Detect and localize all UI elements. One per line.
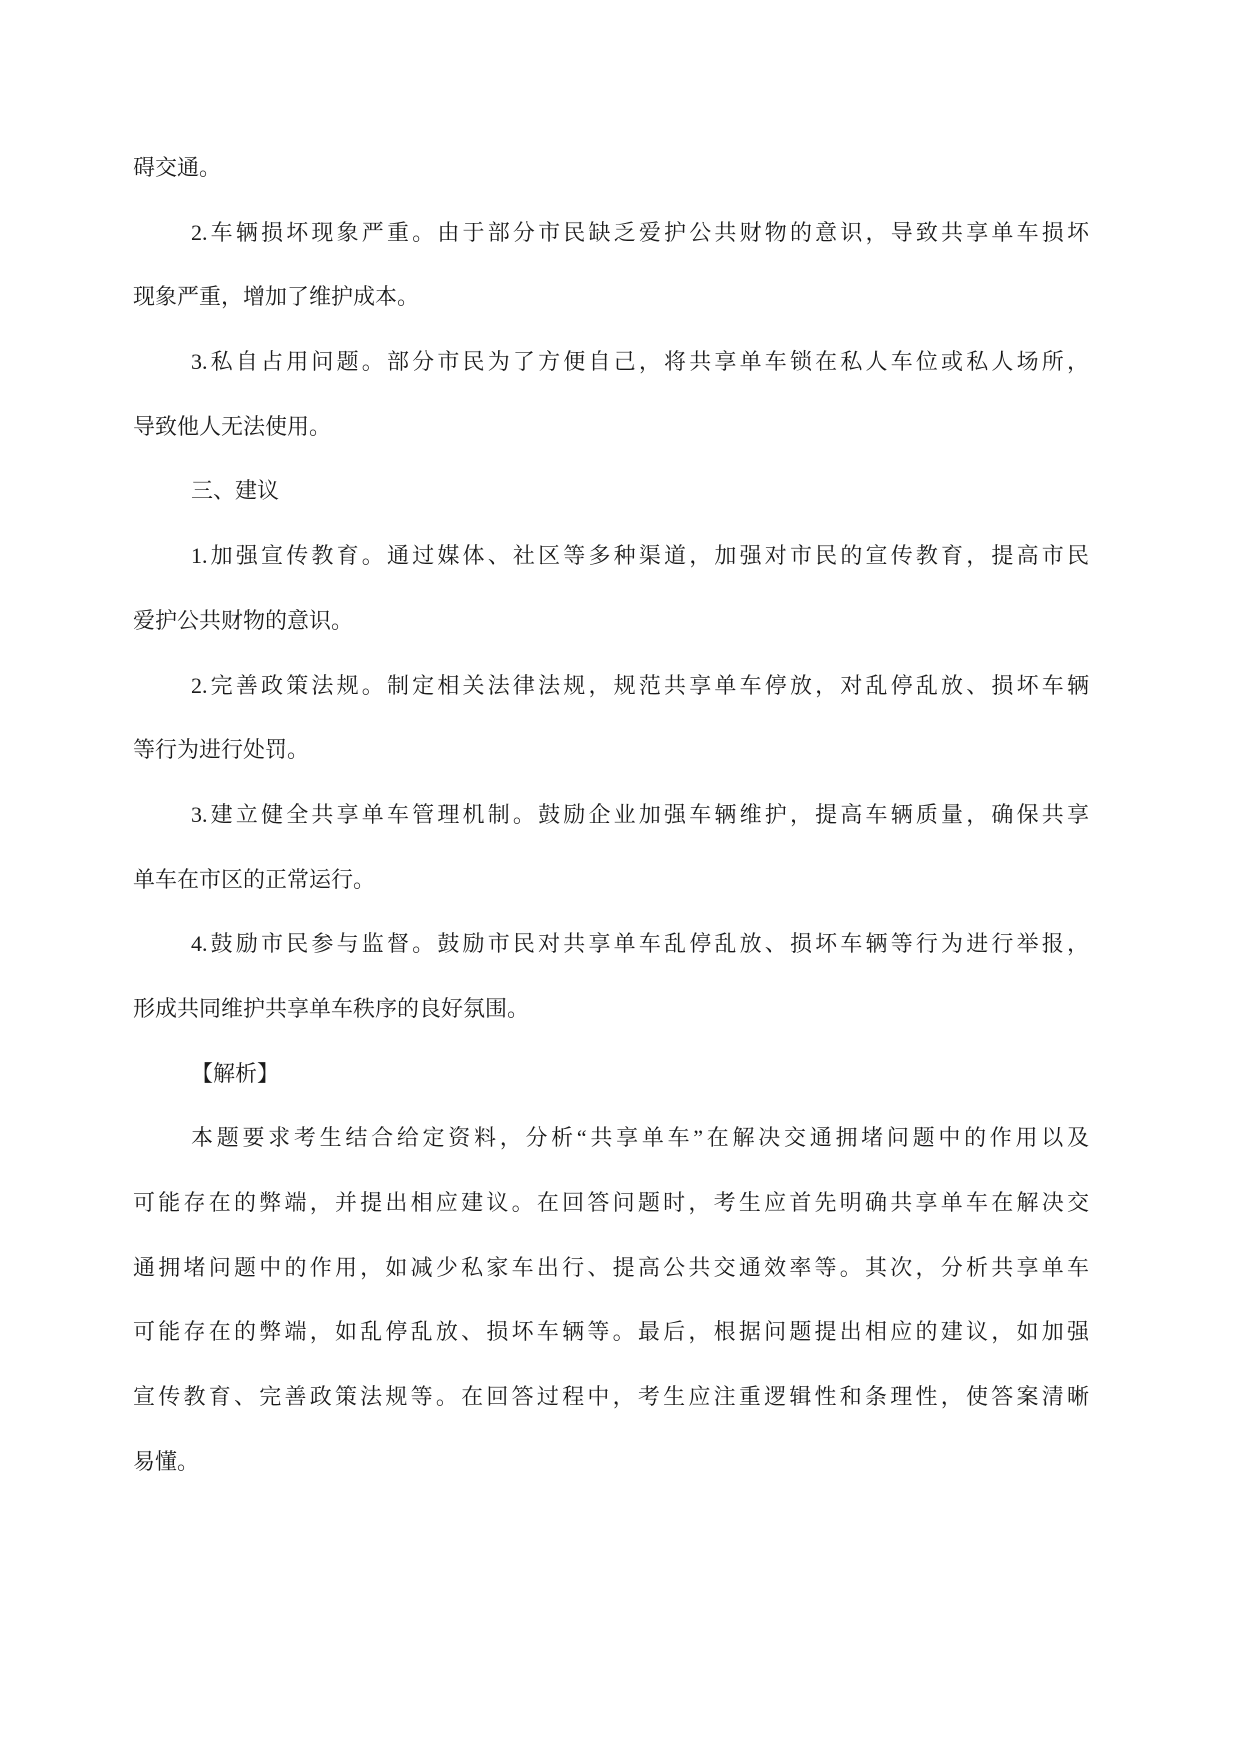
text-line: 4.鼓励市民参与监督。鼓励市民对共享单车乱停乱放、损坏车辆等行为进行举报， (133, 912, 1089, 977)
text-line: 导致他人无法使用。 (133, 395, 1089, 460)
text-line: 碍交通。 (133, 136, 1089, 201)
text-line: 易懂。 (133, 1430, 1089, 1495)
text-line: 本题要求考生结合给定资料，分析“共享单车”在解决交通拥堵问题中的作用以及 (133, 1106, 1089, 1171)
text-block: 碍交通。 2.车辆损坏现象严重。由于部分市民缺乏爱护公共财物的意识，导致共享单车… (133, 136, 1089, 1494)
heading-analysis: 【解析】 (133, 1042, 1089, 1107)
text-line: 宣传教育、完善政策法规等。在回答过程中，考生应注重逻辑性和条理性，使答案清晰 (133, 1365, 1089, 1430)
text-line: 爱护公共财物的意识。 (133, 589, 1089, 654)
text-line: 1.加强宣传教育。通过媒体、社区等多种渠道，加强对市民的宣传教育，提高市民 (133, 524, 1089, 589)
text-line: 可能存在的弊端，并提出相应建议。在回答问题时，考生应首先明确共享单车在解决交 (133, 1171, 1089, 1236)
text-line: 3.私自占用问题。部分市民为了方便自己，将共享单车锁在私人车位或私人场所， (133, 330, 1089, 395)
text-line: 单车在市区的正常运行。 (133, 848, 1089, 913)
heading-suggestions: 三、建议 (133, 459, 1089, 524)
text-line: 形成共同维护共享单车秩序的良好氛围。 (133, 977, 1089, 1042)
text-line: 通拥堵问题中的作用，如减少私家车出行、提高公共交通效率等。其次，分析共享单车 (133, 1236, 1089, 1301)
text-line: 等行为进行处罚。 (133, 718, 1089, 783)
text-line: 3.建立健全共享单车管理机制。鼓励企业加强车辆维护，提高车辆质量，确保共享 (133, 783, 1089, 848)
text-line: 2.车辆损坏现象严重。由于部分市民缺乏爱护公共财物的意识，导致共享单车损坏 (133, 201, 1089, 266)
document-page: 碍交通。 2.车辆损坏现象严重。由于部分市民缺乏爱护公共财物的意识，导致共享单车… (0, 0, 1241, 1754)
text-line: 2.完善政策法规。制定相关法律法规，规范共享单车停放，对乱停乱放、损坏车辆 (133, 654, 1089, 719)
text-line: 现象严重，增加了维护成本。 (133, 265, 1089, 330)
text-line: 可能存在的弊端，如乱停乱放、损坏车辆等。最后，根据问题提出相应的建议，如加强 (133, 1300, 1089, 1365)
